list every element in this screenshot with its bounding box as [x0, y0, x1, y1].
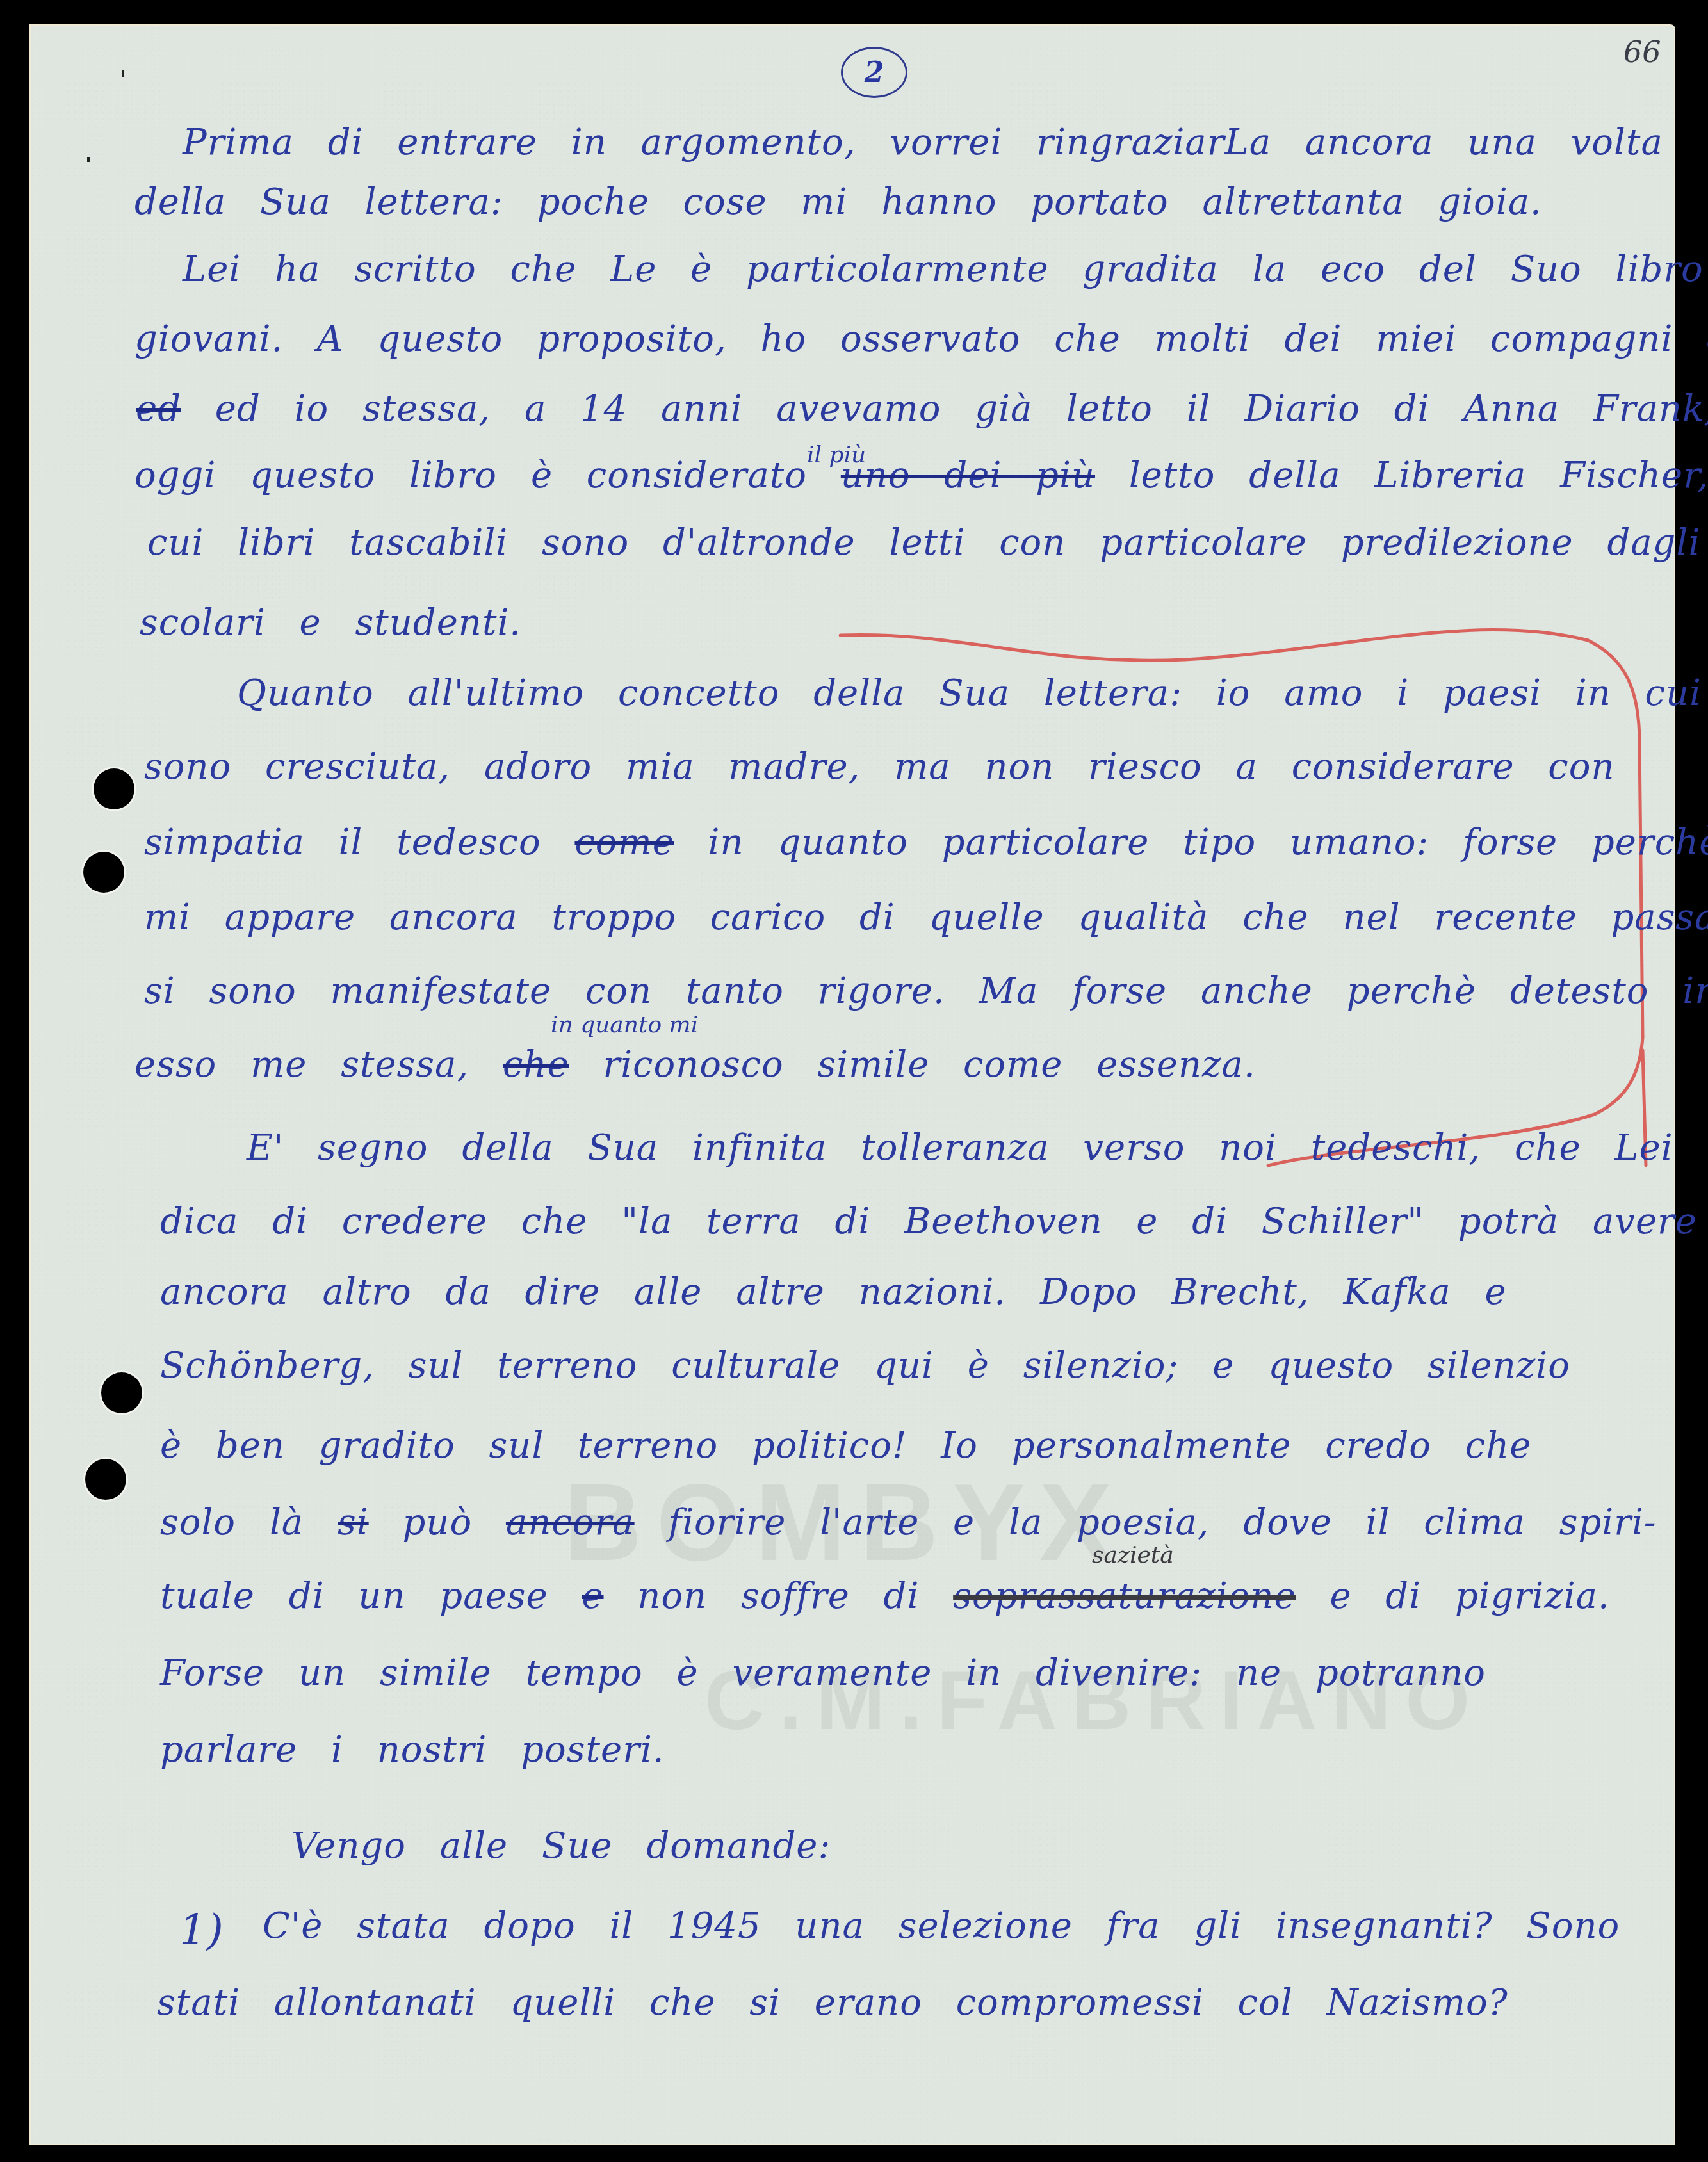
text-line-2: della Sua lettera: poche cose mi hanno p…	[134, 181, 1542, 223]
folio-number: 66	[1623, 35, 1661, 69]
text-line-21: tuale di un paese e non soffre di sopras…	[160, 1575, 1610, 1617]
page-number: 2	[865, 56, 884, 89]
text-line-8: scolari e studenti.	[140, 602, 521, 644]
punch-hole	[94, 768, 134, 809]
text-line-19: è ben gradito sul terreno politico! Io p…	[160, 1425, 1531, 1467]
struck-phrase: uno dei più	[841, 455, 1095, 496]
punch-hole	[85, 1459, 126, 1500]
text-line-13: si sono manifestate con tanto rigore. Ma…	[144, 970, 1708, 1012]
text-line-14: esso me stessa, che riconosco simile com…	[134, 1044, 1256, 1085]
text-line-22: Forse un simile tempo è veramente in div…	[160, 1652, 1486, 1694]
text-line-26: stati allontanati quelli che si erano co…	[157, 1982, 1508, 2024]
margin-mark	[122, 70, 124, 77]
text-line-9: Quanto all'ultimo concetto della Sua let…	[237, 672, 1702, 714]
text-line-15: E' segno della Sua infinita tolleranza v…	[247, 1127, 1673, 1169]
insertion-sazieta: sazietà	[1092, 1542, 1174, 1568]
text-line-3: Lei ha scritto che Le è particolarmente …	[183, 248, 1708, 290]
text-line-7: cui libri tascabili sono d'altronde lett…	[147, 522, 1700, 564]
punch-hole	[101, 1372, 142, 1413]
text-line-11: simpatia il tedesco come in quanto parti…	[144, 822, 1708, 863]
text-line-10: sono cresciuta, adoro mia madre, ma non …	[144, 746, 1615, 788]
text-line-6: oggi questo libro è considerato uno dei …	[134, 455, 1708, 496]
text-line-16: dica di credere che "la terra di Beethov…	[160, 1201, 1697, 1242]
text-line-1: Prima di entrare in argomento, vorrei ri…	[183, 122, 1663, 163]
text-line-17: ancora altro da dire alle altre nazioni.…	[160, 1271, 1507, 1313]
text-line-18: Schönberg, sul terreno culturale qui è s…	[160, 1345, 1570, 1386]
insertion-in-quanto-mi: in quanto mi	[551, 1012, 698, 1038]
text-line-25: C'è stata dopo il 1945 una selezione fra…	[263, 1905, 1620, 1947]
struck-word: come	[574, 822, 674, 863]
struck-word: ed	[136, 388, 181, 430]
text-line-20: solo là si può ancora fiorire l'arte e l…	[160, 1502, 1657, 1543]
question-number: 1)	[179, 1905, 224, 1955]
struck-word: si	[338, 1502, 369, 1543]
struck-word: soprassaturazione	[953, 1575, 1296, 1617]
text-line-5: ed ed io stessa, a 14 anni avevamo già l…	[136, 388, 1708, 430]
text-line-24: Vengo alle Sue domande:	[291, 1825, 831, 1867]
text-line-23: parlare i nostri posteri.	[160, 1729, 665, 1771]
struck-word: che	[503, 1044, 569, 1085]
text-line-4: giovani. A questo proposito, ho osservat…	[134, 318, 1708, 360]
page-number-circled: 2	[841, 47, 907, 98]
struck-word: e	[582, 1575, 603, 1617]
margin-mark	[87, 157, 90, 162]
struck-word: ancora	[506, 1502, 635, 1543]
text-line-12: mi appare ancora troppo carico di quelle…	[144, 897, 1708, 938]
punch-hole	[83, 852, 124, 893]
